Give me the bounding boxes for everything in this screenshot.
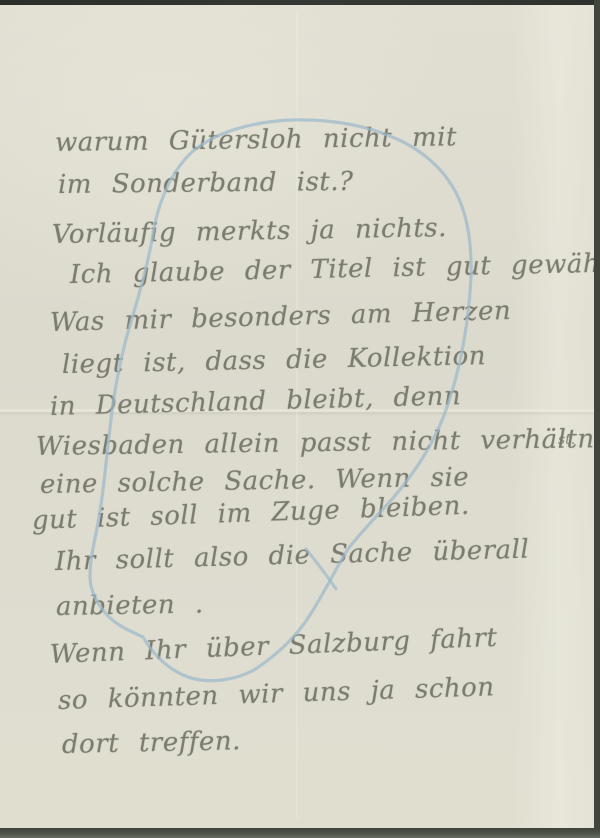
handwriting-insertion: st.	[558, 432, 575, 448]
scanned-letter: warum Gütersloh nicht mit im Sonderband …	[0, 0, 600, 838]
handwriting-line: anbieten .	[56, 587, 204, 624]
handwriting-line: warum Gütersloh nicht mit	[55, 120, 457, 160]
handwriting-line: Vorläufig merkts ja nichts.	[52, 211, 447, 252]
scan-border-top	[0, 0, 600, 5]
scan-border-bottom	[0, 828, 600, 838]
handwriting-line: im Sonderband ist.?	[58, 165, 354, 202]
scan-border-right	[594, 0, 600, 838]
handwriting-line: dort treffen.	[62, 724, 242, 762]
